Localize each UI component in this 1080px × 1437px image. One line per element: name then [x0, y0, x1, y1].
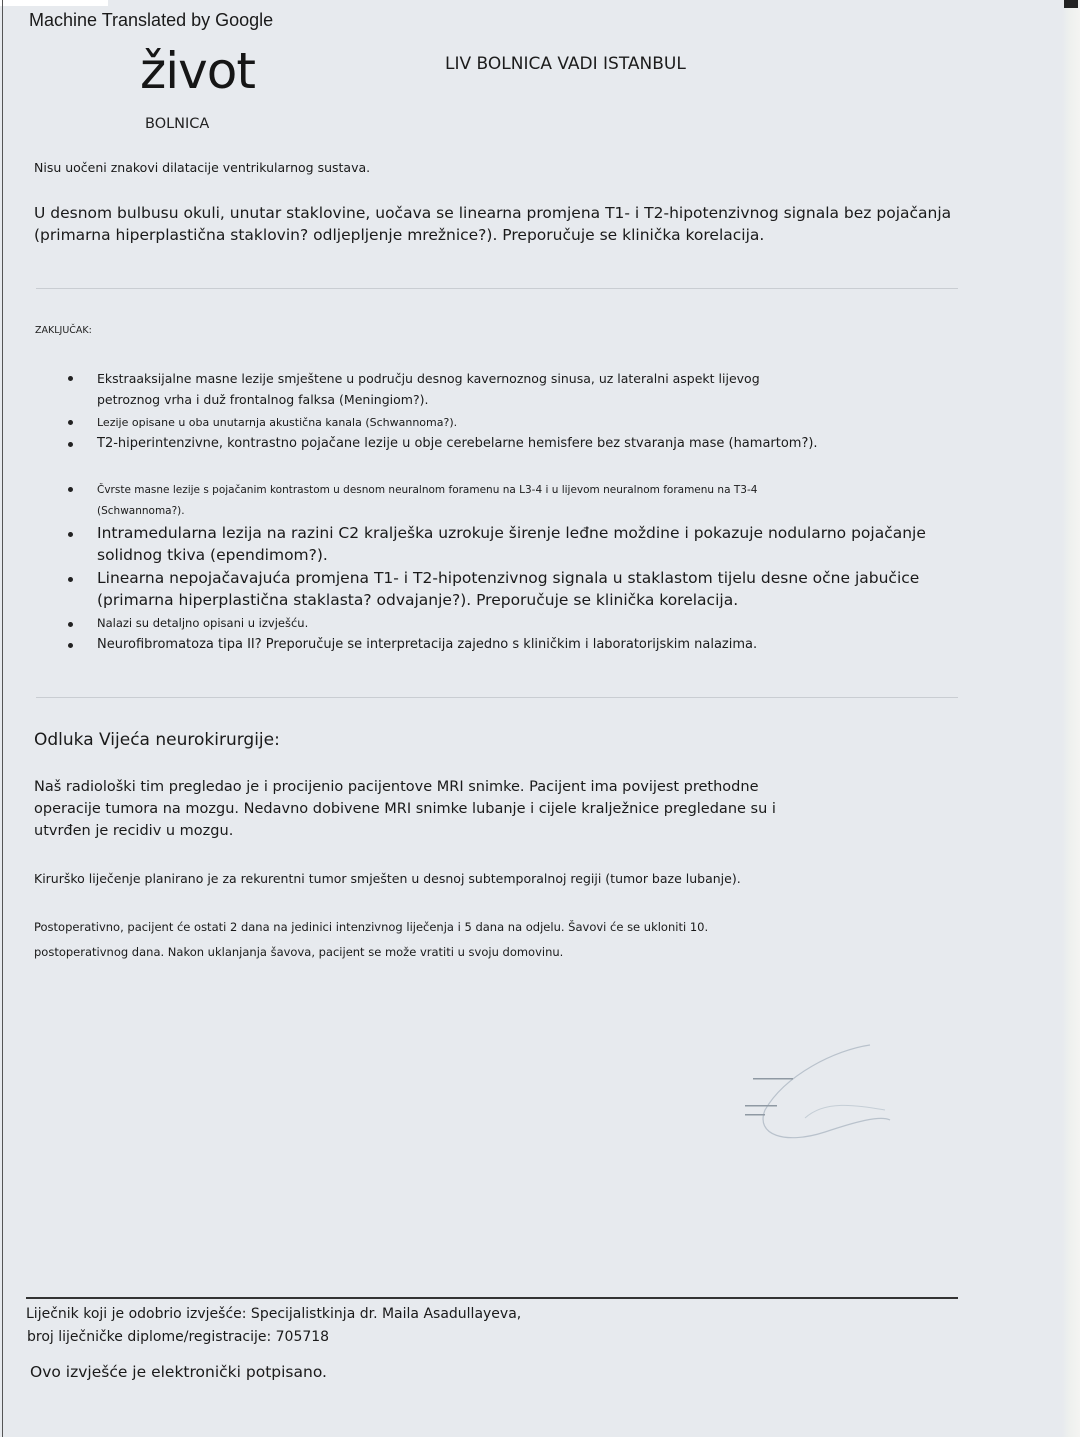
bullet-icon — [68, 376, 73, 381]
hospital-logo-subtitle: BOLNICA — [145, 116, 209, 132]
council-title: Odluka Vijeća neurokirurgije: — [34, 730, 280, 750]
bullet-icon — [68, 420, 73, 425]
machine-translation-banner: Machine Translated by Google — [29, 10, 273, 31]
approving-physician: Liječnik koji je odobrio izvješće: Speci… — [26, 1306, 521, 1322]
finding-ventricular: Nisu uočeni znakovi dilatacije ventrikul… — [34, 158, 370, 177]
hospital-logo-word: život — [140, 46, 255, 96]
footer-divider — [26, 1297, 958, 1299]
bullet-icon — [68, 532, 73, 537]
hospital-name: LIV BOLNICA VADI ISTANBUL — [445, 54, 686, 74]
divider — [36, 288, 958, 289]
council-paragraph-3: Postoperativno, pacijent će ostati 2 dan… — [34, 915, 794, 965]
electronic-signature-note: Ovo izvješće je elektronički potpisano. — [30, 1363, 327, 1381]
scan-corner — [1064, 0, 1078, 8]
registration-number: broj liječničke diplome/registracije: 70… — [27, 1329, 329, 1345]
page-border — [2, 0, 3, 1437]
bullet-icon — [68, 487, 73, 492]
bullet-icon — [68, 577, 73, 582]
scan-edge — [0, 0, 108, 6]
page-edge — [1062, 0, 1080, 1437]
bullet-icon — [68, 643, 73, 648]
bullet-icon — [68, 442, 73, 447]
council-paragraph-1: Naš radiološki tim pregledao je i procij… — [34, 776, 794, 842]
council-paragraph-2: Kirurško liječenje planirano je za rekur… — [34, 870, 814, 888]
finding-eye: U desnom bulbusu okuli, unutar staklovin… — [34, 202, 974, 246]
bullet-icon — [68, 622, 73, 627]
divider — [36, 697, 958, 698]
conclusion-heading: ZAKLJUČAK: — [35, 325, 92, 336]
signature-stamp — [745, 1040, 895, 1150]
